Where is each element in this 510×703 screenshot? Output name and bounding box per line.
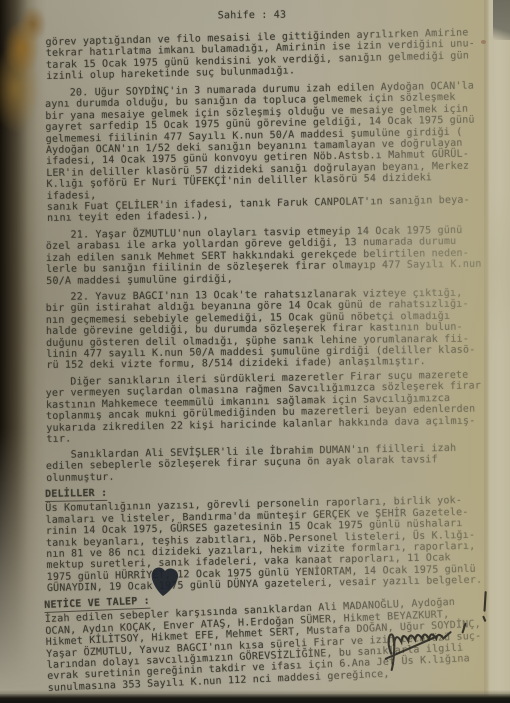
paragraph-21: 21. Yaşar ÖZMUTLU'nun olayları tasvip et… — [46, 225, 483, 287]
paragraph-20: 20. Uğur SOYDİNÇ'in 3 numarada durumu iz… — [45, 80, 483, 224]
paragraph-onayak: Sanıklardan Ali SEVİŞLER'li ile İbrahim … — [46, 443, 483, 485]
scanned-document-page: Sahife : 43 görev yaptığından ve filo me… — [0, 0, 510, 703]
corner-shadow — [493, 0, 510, 40]
ink-blot — [150, 566, 180, 603]
section-deliller: DELİLLER :Üs Komutanlığının yazısı, göre… — [45, 481, 483, 595]
deliller-heading: DELİLLER : — [45, 488, 107, 503]
scan-bottom-edge — [0, 694, 510, 703]
paragraph-continuation: görev yaptığından ve filo mesaisi ile gi… — [45, 28, 482, 84]
paragraph-mazeretler: Diğer sanıkların ileri sürdükleri mazere… — [45, 369, 482, 445]
page-number: Sahife : 43 — [34, 8, 470, 24]
paragraph-22: 22. Yavuz BAGCI'nın 13 Ocak'te rahatsızl… — [46, 287, 483, 371]
deliller-body: Üs Komutanlığının yazısı, görevli person… — [45, 495, 483, 595]
